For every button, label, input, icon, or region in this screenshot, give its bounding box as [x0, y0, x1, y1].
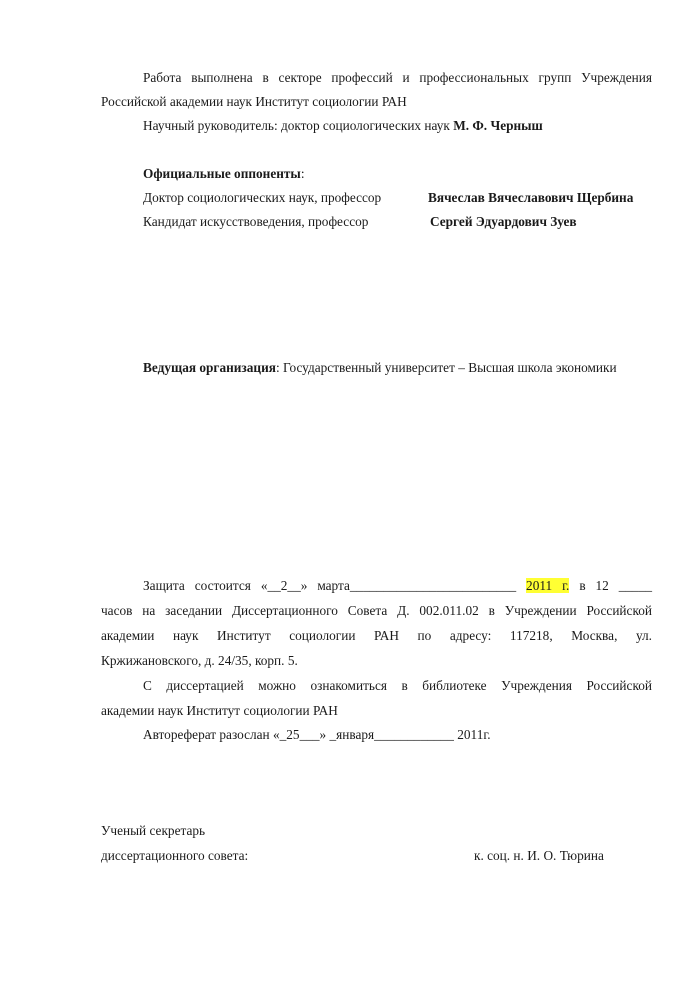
defense-year-highlight: 2011 г. [526, 578, 569, 593]
defense-line3: академии наук Институт социологии РАН по… [101, 628, 652, 644]
defense-line4: Кржижановского, д. 24/35, корп. 5. [101, 653, 298, 669]
opponent-2-title: Кандидат искусствоведения, профессор [143, 214, 368, 230]
work-done-line2: Российской академии наук Институт социол… [101, 94, 407, 110]
supervisor: Научный руководитель: доктор социологиче… [143, 118, 543, 134]
abstract-sent: Автореферат разослан «_25___» _января___… [143, 727, 491, 743]
defense-time: в 12 _____ [569, 578, 652, 593]
opponents-heading-text: Официальные оппоненты [143, 166, 301, 181]
leading-org-value: : Государственный университет – Высшая ш… [276, 360, 617, 375]
secretary-name: к. соц. н. И. О. Тюрина [474, 848, 604, 864]
secretary-line1: Ученый секретарь [101, 823, 205, 839]
defense-line2: часов на заседании Диссертационного Сове… [101, 603, 652, 619]
opponent-2-name: Сергей Эдуардович Зуев [430, 214, 577, 230]
opponents-heading: Официальные оппоненты: [143, 166, 305, 182]
supervisor-name: М. Ф. Черныш [453, 118, 543, 133]
defense-date: Защита состоится «__2__» марта__________… [143, 578, 526, 593]
leading-org-label: Ведущая организация [143, 360, 276, 375]
opponent-1-name: Вячеслав Вячеславович Щербина [428, 190, 633, 206]
defense-line1: Защита состоится «__2__» марта__________… [143, 578, 652, 594]
opponents-heading-colon: : [301, 166, 305, 181]
secretary-line2: диссертационного совета: [101, 848, 248, 864]
library-line1: С диссертацией можно ознакомиться в библ… [143, 678, 652, 694]
supervisor-label: Научный руководитель: доктор социологиче… [143, 118, 453, 133]
opponent-1-title: Доктор социологических наук, профессор [143, 190, 381, 206]
library-line2: академии наук Институт социологии РАН [101, 703, 338, 719]
work-done-line1: Работа выполнена в секторе профессий и п… [143, 70, 652, 86]
leading-organization: Ведущая организация: Государственный уни… [143, 360, 617, 376]
